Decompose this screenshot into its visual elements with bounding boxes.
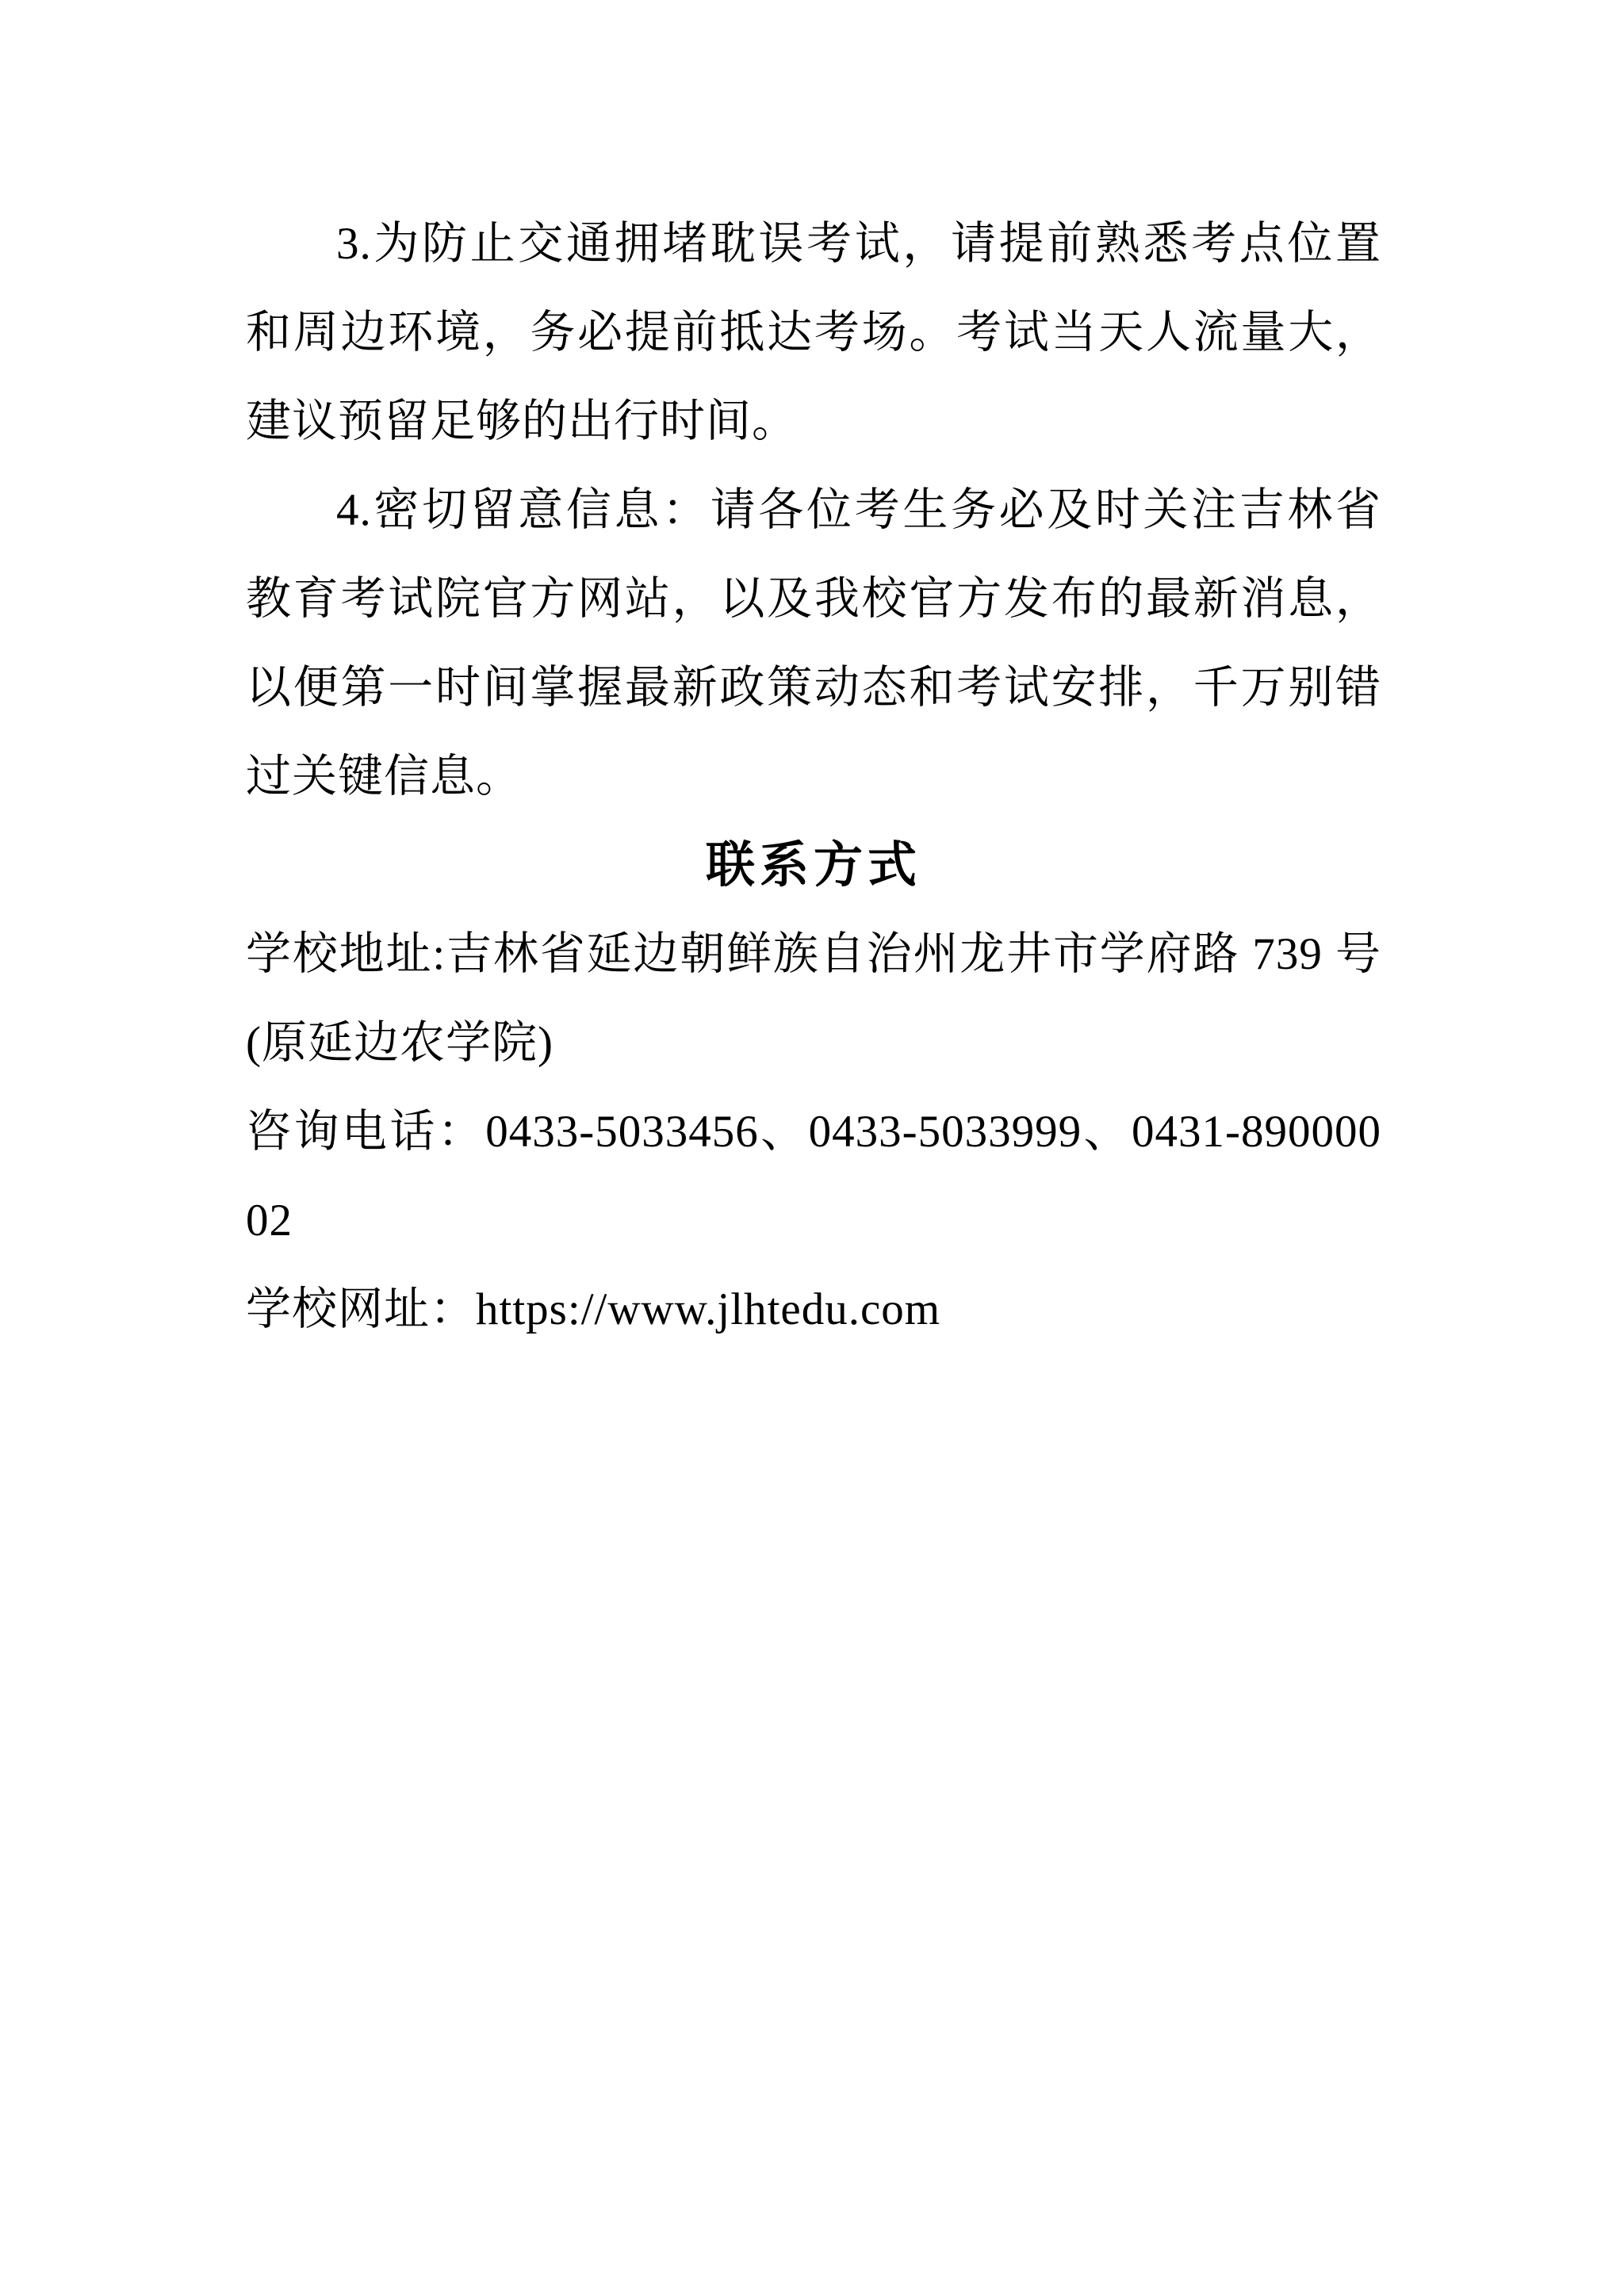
contact-section-heading: 联系方式 — [246, 821, 1381, 910]
document-page: 3.为防止交通拥堵耽误考试，请提前熟悉考点位置和周边环境，务必提前抵达考场。考试… — [0, 0, 1624, 2296]
website-label: 学校网址： — [246, 1284, 476, 1334]
phone-label: 咨询电话： — [246, 1107, 485, 1157]
website-url: https://www.jlhtedu.com — [476, 1284, 940, 1334]
document-content: 3.为防止交通拥堵耽误考试，请提前熟悉考点位置和周边环境，务必提前抵达考场。考试… — [246, 200, 1381, 1354]
contact-address-line: 学校地址:吉林省延边朝鲜族自治州龙井市学府路 739 号(原延边农学院) — [246, 910, 1381, 1088]
paragraph-traffic-notice: 3.为防止交通拥堵耽误考试，请提前熟悉考点位置和周边环境，务必提前抵达考场。考试… — [246, 200, 1381, 466]
contact-phone-line: 咨询电话：0433-5033456、0433-5033999、0431-8900… — [246, 1088, 1381, 1265]
paragraph-information-notice: 4.密切留意信息：请各位考生务必及时关注吉林省教育考试院官方网站，以及我校官方发… — [246, 466, 1381, 821]
address-label: 学校地址: — [246, 929, 446, 979]
contact-website-line: 学校网址：https://www.jlhtedu.com — [246, 1265, 1381, 1354]
